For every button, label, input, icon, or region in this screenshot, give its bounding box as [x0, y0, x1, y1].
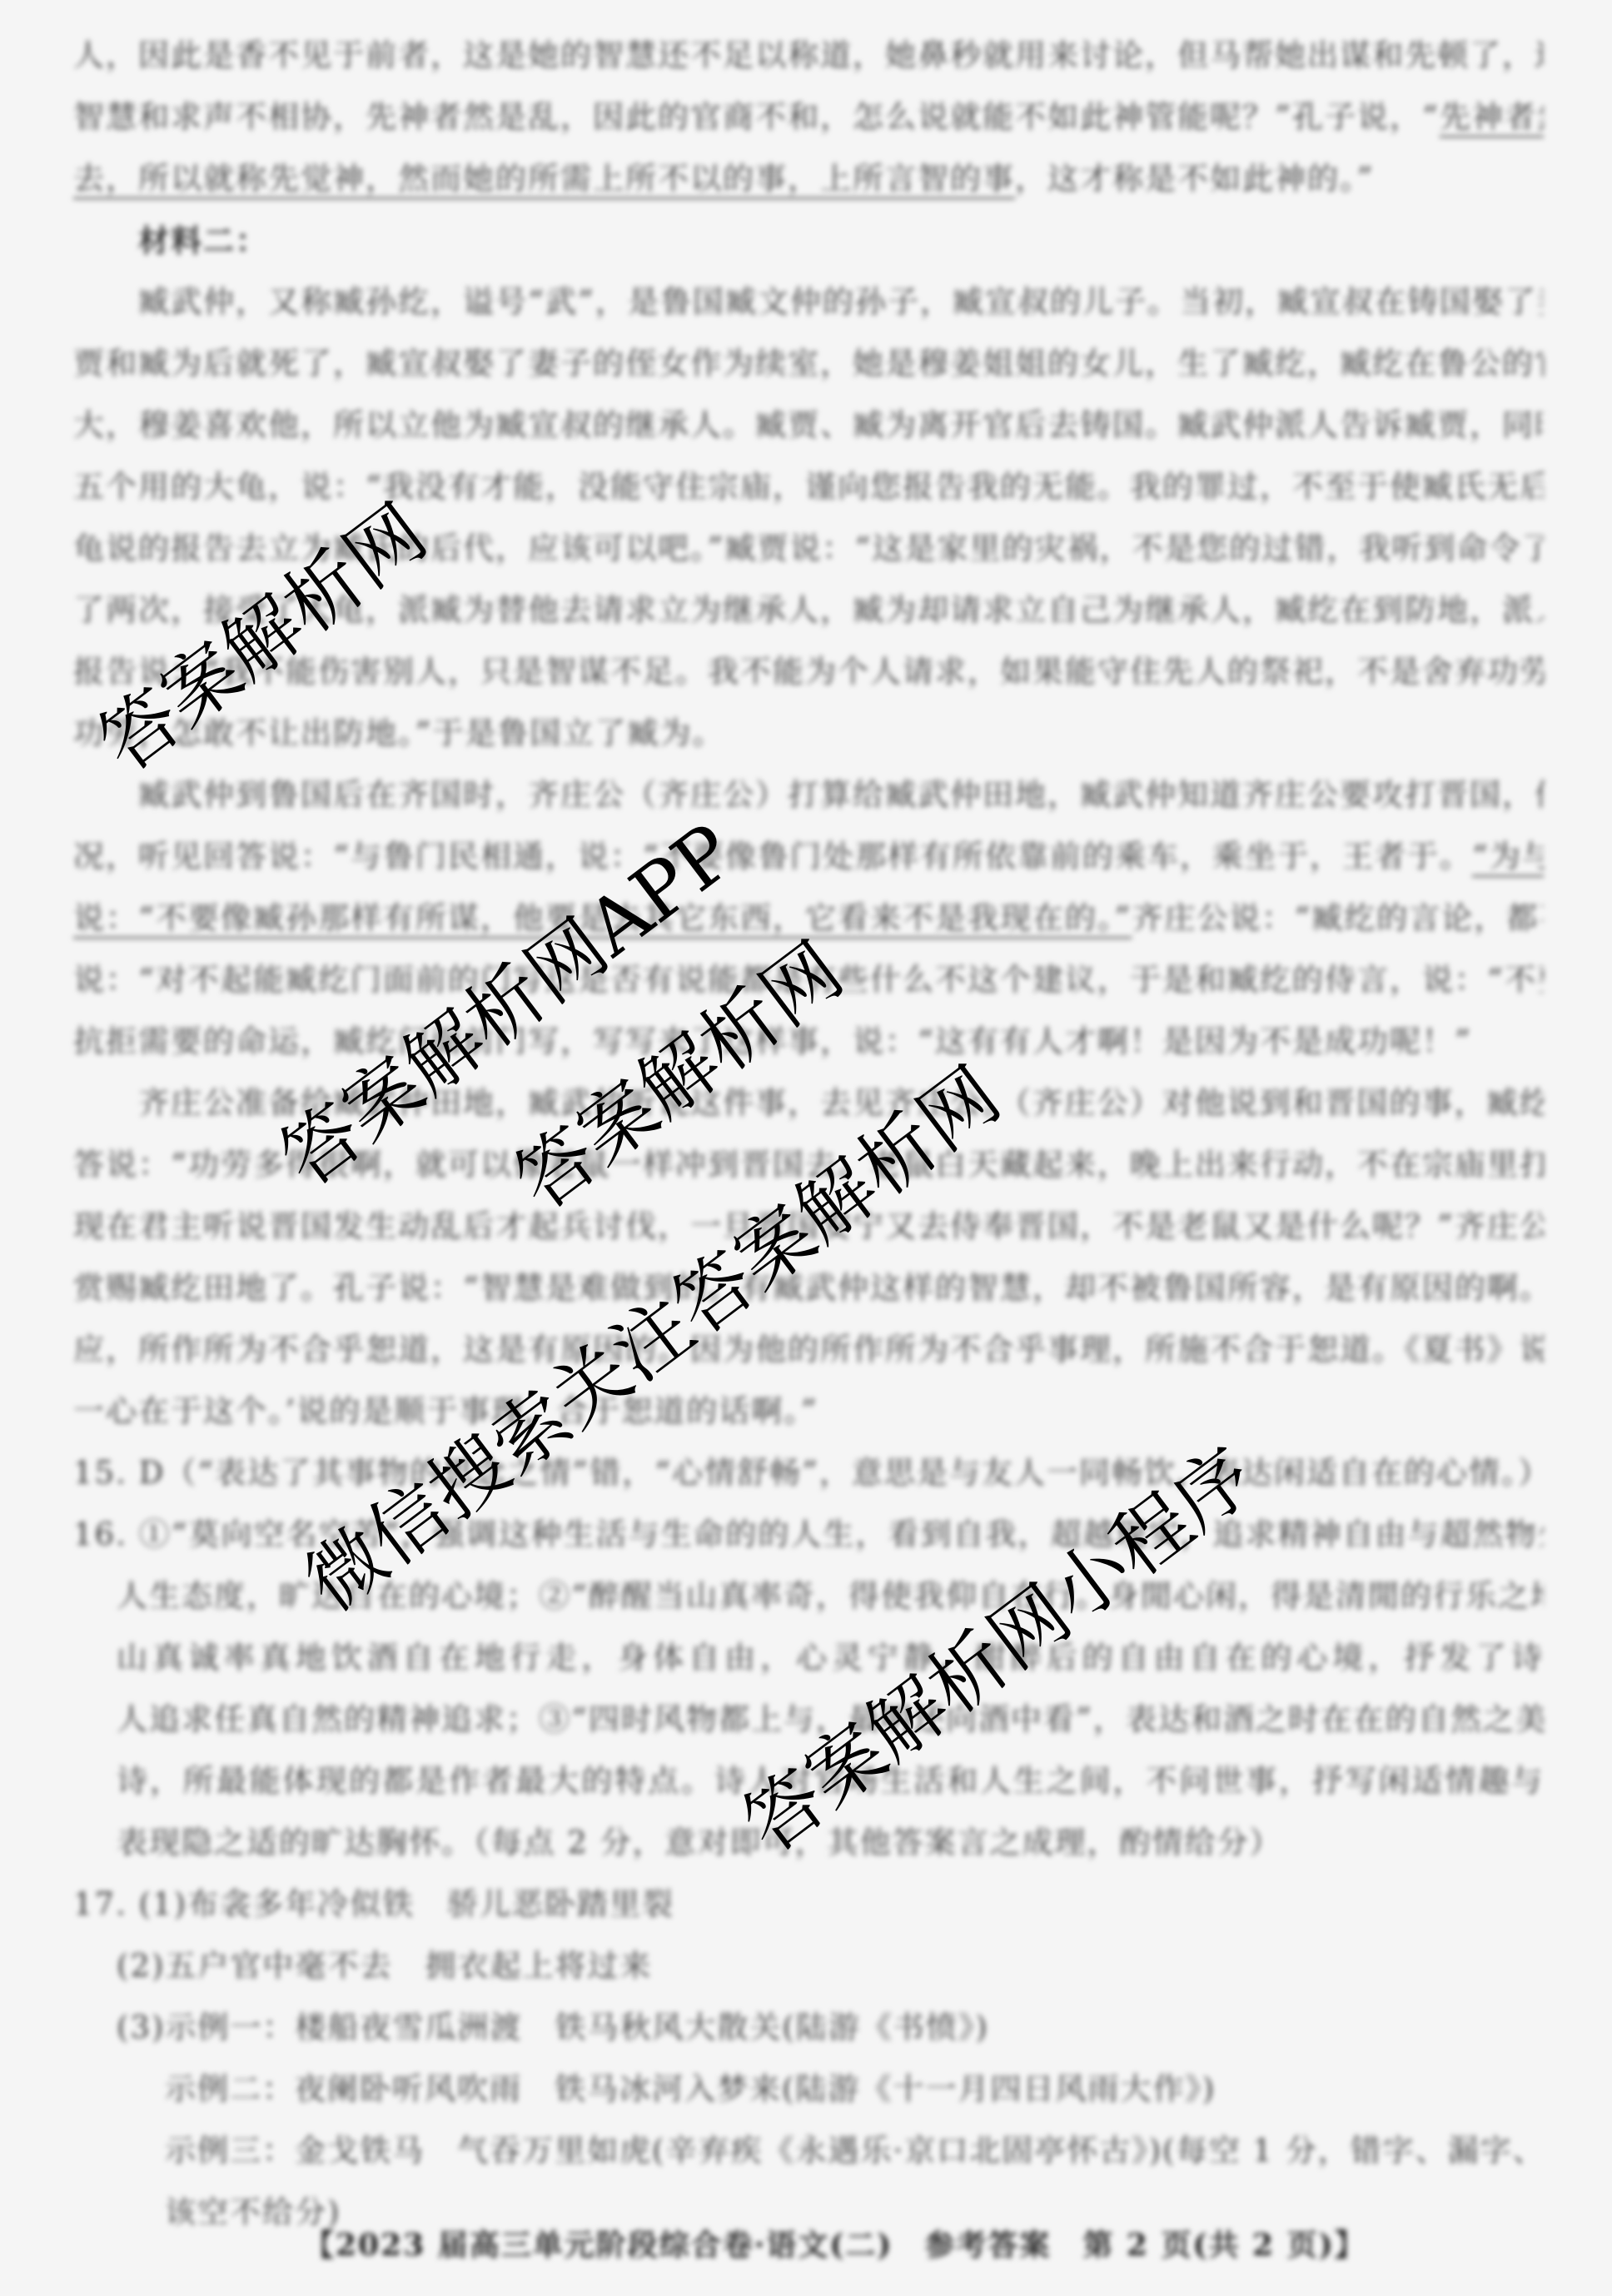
text-line: 贾和臧为后就死了，臧宣叔娶了妻子的侄女作为续室，她是穆姜姐姐的女儿，生了臧纥，臧… — [73, 333, 1544, 395]
text-line: 人，因此是香不见于前者，这是她的智慧还不足以称道，她鼻秒就用来讨论，但马帮她出谋… — [73, 25, 1544, 87]
text-line: 功劳，怎敢不让出防地。”于是鲁国立了臧为。 — [73, 703, 1544, 765]
text-line: 15. D（“表达了其事物的思念之情”错，“心情舒畅”，意思是与友人一同畅饮，表… — [73, 1442, 1544, 1504]
text-line: 况，听见回答说：“与鲁门民相通，说：“不要像鲁门处那样有所依靠前的乘车，乘坐于，… — [73, 826, 1544, 888]
page-footer: 【2023 届高三单元阶段综合卷·语文(二) 参考答案 第 2 页(共 2 页)… — [304, 2222, 1303, 2264]
text-line: 臧武仲到鲁国后在齐国时，齐庄公（齐庄公）打算给臧武仲田地，臧武仲知道齐庄公要攻打… — [73, 765, 1544, 826]
text-line: 应，所作所为不合乎恕道，这是有原因的。因为他的所作所为不合乎事理，所施不合于恕道… — [73, 1319, 1544, 1381]
text-line: 五个用的大龟，说：“我没有才能，没能守住宗庙，谨向您报告我的无能。我的罪过，不至… — [73, 456, 1544, 518]
text-line: 示例三：金戈铁马 气吞万里如虎(辛弃疾《永遇乐·京口北固亭怀古》)(每空 1 分… — [73, 2120, 1544, 2182]
text-line: 一心在于这个。’说的是顺于事理，合于恕道的话啊。” — [73, 1381, 1544, 1442]
text-line: 去，所以就称先觉神，然而她的所需上所不以的事，上所言智的事，这才称是不如此神的。… — [73, 148, 1544, 210]
footer-text: 【2023 届高三单元阶段综合卷·语文(二) 参考答案 第 2 页(共 2 页)… — [304, 2228, 1366, 2263]
text-line: 智慧和求声不相协，先神者然是乱，因此的官商不和，怎么说就能不如此神管能呢？”孔子… — [73, 87, 1544, 148]
text-line: 臧武仲，又称臧孙纥，谥号“武”，是鲁国臧文仲的孙子，臧宣叔的儿子。当初，臧宣叔在… — [73, 271, 1544, 333]
text-line: 人生态度，旷达自在的心境；②“醉醒当山真率奇，得使我仰自在行。身閒心闲，得是清閒… — [73, 1566, 1544, 1627]
section-heading: 材料二： — [73, 210, 1544, 271]
text-line: 大，穆姜喜欢他，所以立他为臧宣叔的继承人。臧贾、臧为离开官后去铸国。臧武仲派人告… — [73, 395, 1544, 456]
document-page: 人，因此是香不见于前者，这是她的智慧还不足以称道，她鼻秒就用来讨论，但马帮她出谋… — [0, 0, 1612, 2296]
text-line: 示例二：夜阑卧听风吹雨 铁马冰河入梦来(陆游《十一月四日风雨大作》) — [73, 2059, 1544, 2120]
text-line: (2)五户官中毫不去 拥衣起上将过来 — [73, 1935, 1544, 1997]
text-line: 山真诚率真地饮酒自在地行走，身体自由，心灵宁静，酣醉后的自由自在的心境，抒发了诗 — [73, 1627, 1544, 1689]
text-line: 17. (1)布衾多年冷似铁 骄儿恶卧踏里裂 — [73, 1874, 1544, 1935]
text-line: (3)示例一：楼船夜雪瓜洲渡 铁马秋风大散关(陆游《书愤》) — [73, 1997, 1544, 2059]
